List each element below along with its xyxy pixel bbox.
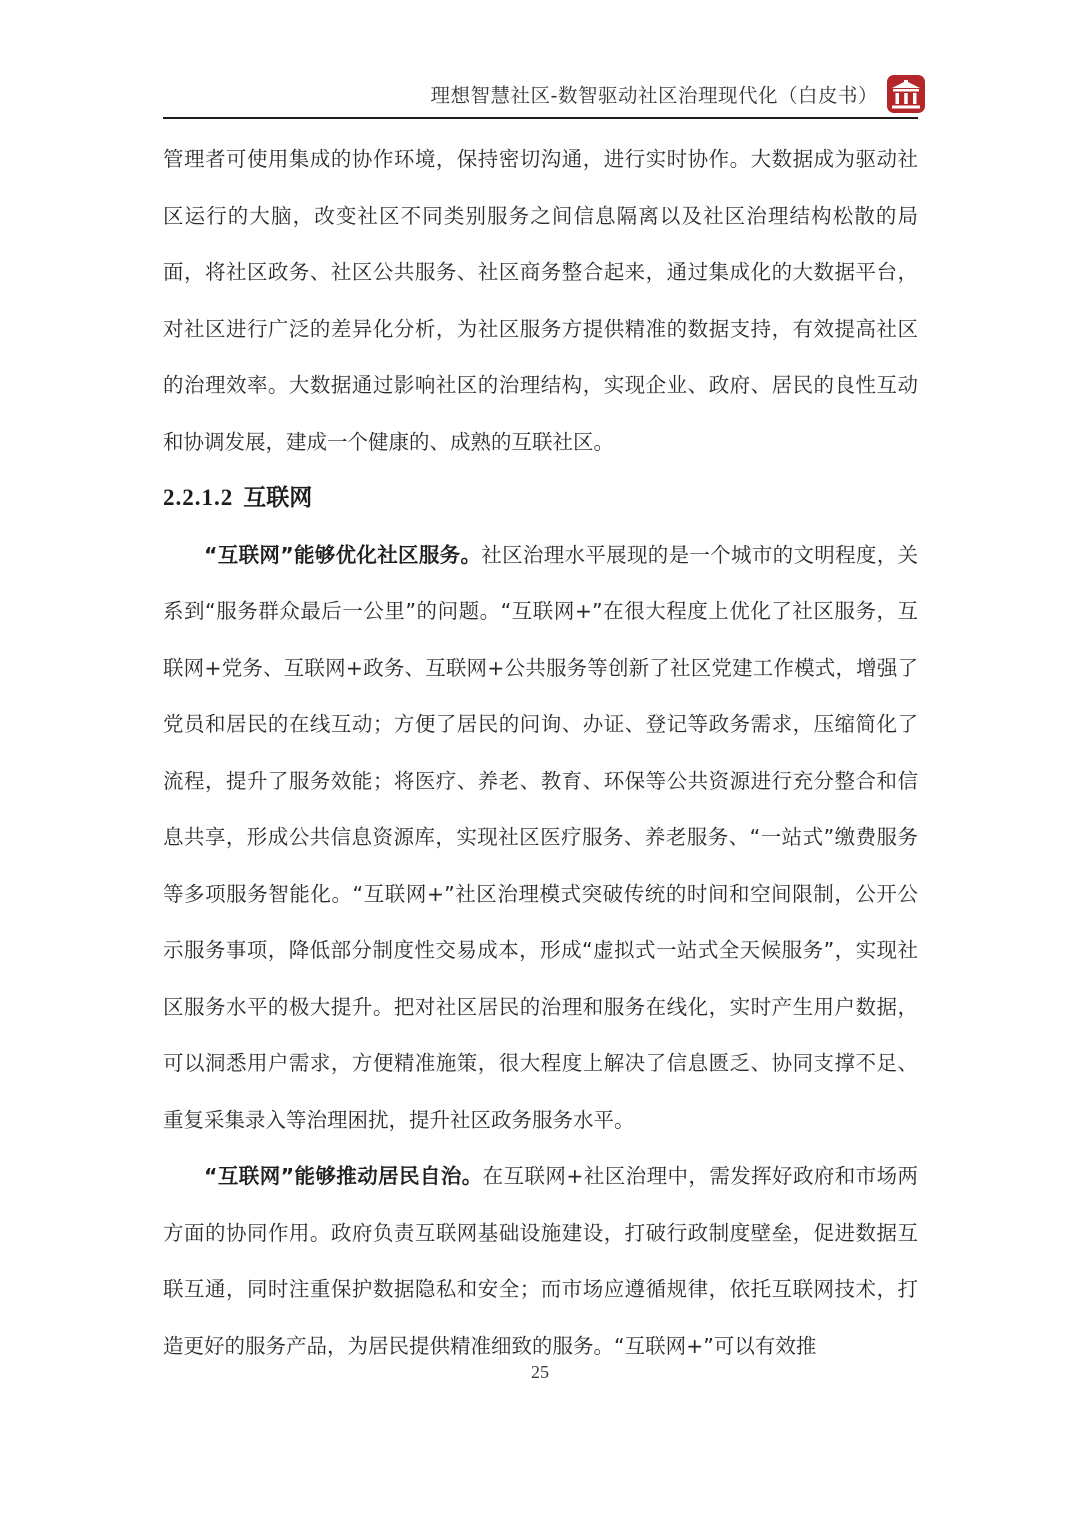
document-body: 管理者可使用集成的协作环境，保持密切沟通，进行实时协作。大数据成为驱动社区运行的… — [163, 131, 918, 1374]
paragraph-body-text: 在互联网+社区治理中，需发挥好政府和市场两方面的协同作用。政府负责互联网基础设施… — [163, 1164, 918, 1358]
paragraph-internet-optimize: “互联网”能够优化社区服务。社区治理水平展现的是一个城市的文明程度，关系到“服务… — [163, 527, 918, 1149]
header-divider — [163, 117, 918, 119]
paragraph-lead-bold: “互联网”能够推动居民自治。 — [204, 1164, 483, 1188]
paragraph-body-text: 社区治理水平展现的是一个城市的文明程度，关系到“服务群众最后一公里”的问题。“互… — [163, 543, 918, 1132]
paragraph-lead-bold: “互联网”能够优化社区服务。 — [204, 543, 481, 567]
section-heading-title: 互联网 — [243, 485, 312, 511]
pavilion-emblem-icon — [887, 75, 925, 113]
section-heading: 2.2.1.2互联网 — [163, 470, 918, 527]
page-header: 理想智慧社区-数智驱动社区治理现代化（白皮书） — [163, 72, 925, 116]
document-page: 理想智慧社区-数智驱动社区治理现代化（白皮书） 管理者可使用集成的协作环境，保持… — [0, 0, 1080, 1527]
page-number: 25 — [531, 1362, 549, 1382]
section-heading-number: 2.2.1.2 — [163, 485, 233, 510]
paragraph-big-data: 管理者可使用集成的协作环境，保持密切沟通，进行实时协作。大数据成为驱动社区运行的… — [163, 131, 918, 470]
page-footer: 25 — [0, 1362, 1080, 1383]
header-title: 理想智慧社区-数智驱动社区治理现代化（白皮书） — [430, 80, 878, 108]
paragraph-internet-autonomy: “互联网”能够推动居民自治。在互联网+社区治理中，需发挥好政府和市场两方面的协同… — [163, 1148, 918, 1374]
